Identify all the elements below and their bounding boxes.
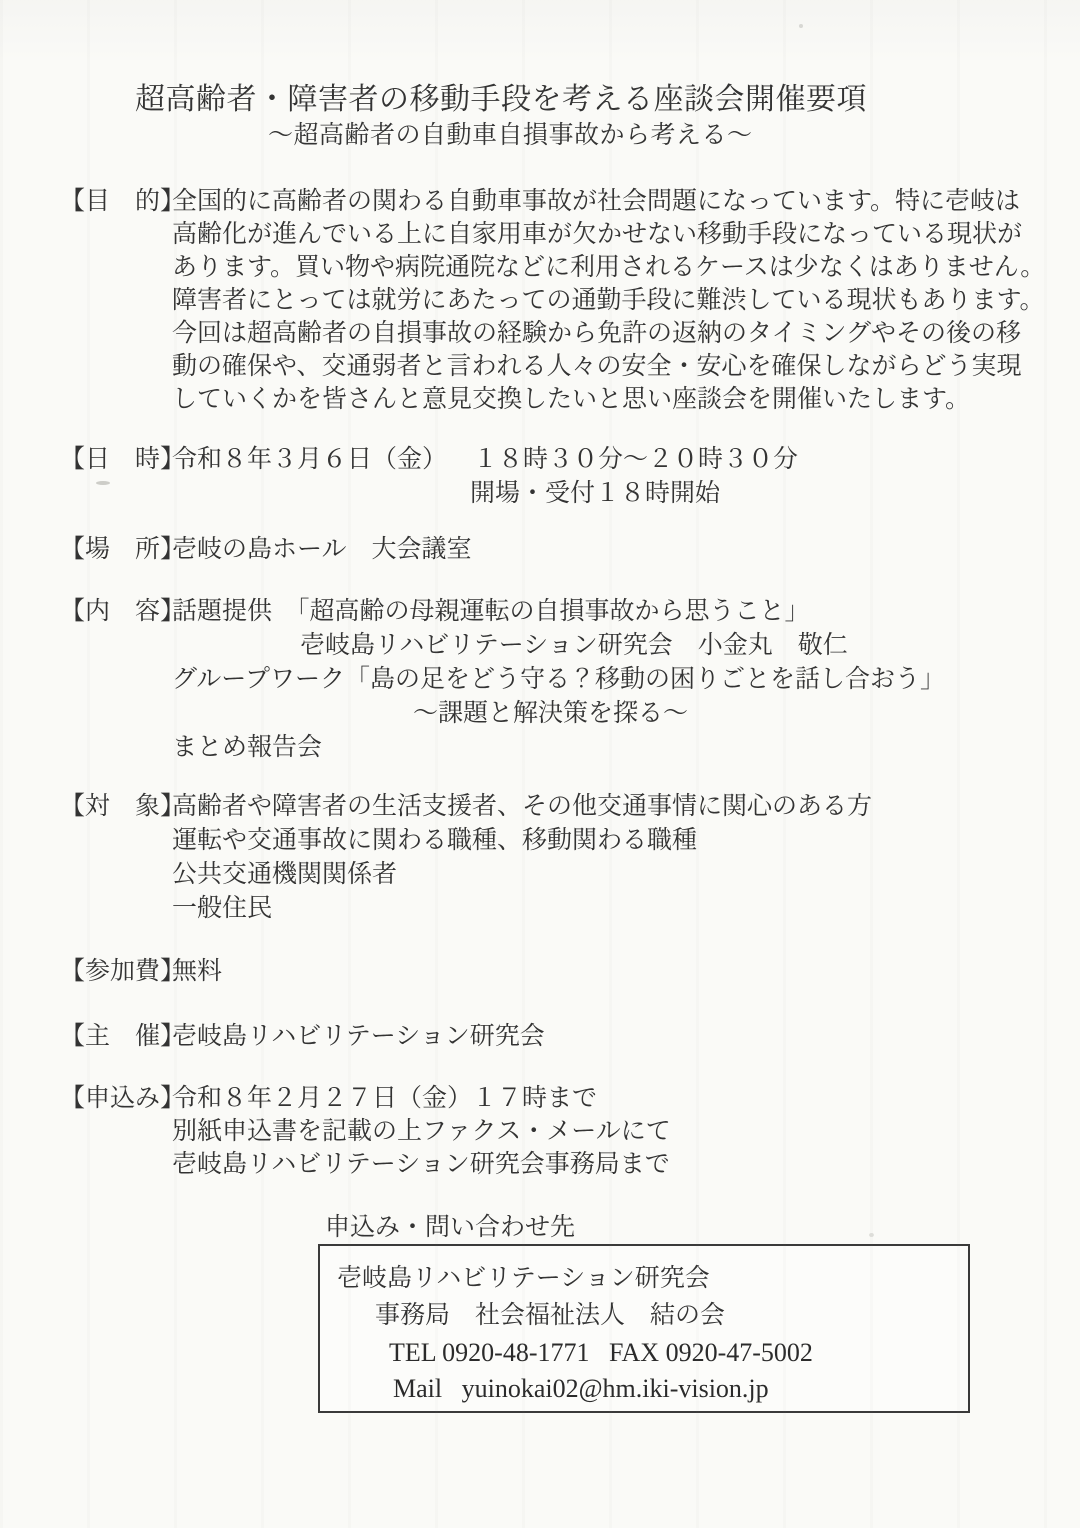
event-place: 壱岐の島ホール 大会議室 xyxy=(172,533,472,566)
section-audience-label: 【対 象】 xyxy=(60,790,185,823)
fee-value: 無料 xyxy=(172,955,222,988)
application-line: 別紙申込書を記載の上ファクス・メールにて xyxy=(172,1115,671,1148)
contact-org: 壱岐島リハビリテーション研究会 xyxy=(337,1262,710,1295)
scanned-document-page: 超高齢者・障害者の移動手段を考える座談会開催要項 ～超高齢者の自動車自損事故から… xyxy=(0,0,1080,1528)
content-speaker: 壱岐島リハビリテーション研究会 小金丸 敬仁 xyxy=(300,629,848,662)
section-datetime-label: 【日 時】 xyxy=(60,443,185,476)
section-organizer-label: 【主 催】 xyxy=(60,1020,185,1053)
application-line: 令和８年２月２７日（金）１７時まで xyxy=(172,1082,597,1115)
section-fee-label: 【参加費】 xyxy=(60,955,185,988)
section-application-label: 【申込み】 xyxy=(60,1082,185,1115)
contact-heading: 申込み・問い合わせ先 xyxy=(325,1211,575,1244)
contact-box: 壱岐島リハビリテーション研究会 事務局 社会福祉法人 結の会 TEL 0920-… xyxy=(318,1244,970,1413)
content-topic: 話題提供 「超高齢の母親運転の自損事故から思うこと」 xyxy=(172,595,810,628)
scan-speck xyxy=(799,24,803,28)
application-line: 壱岐島リハビリテーション研究会事務局まで xyxy=(172,1148,670,1181)
purpose-line: 高齢化が進んでいる上に自家用車が欠かせない移動手段になっている現状が xyxy=(172,218,1022,251)
contact-mail: Mail yuinokai02@hm.iki-vision.jp xyxy=(393,1372,769,1406)
contact-office: 事務局 社会福祉法人 結の会 xyxy=(375,1299,725,1332)
page-title: 超高齢者・障害者の移動手段を考える座談会開催要項 xyxy=(135,80,867,119)
scan-speck xyxy=(869,1233,874,1237)
audience-line: 一般住民 xyxy=(172,892,272,925)
section-content-label: 【内 容】 xyxy=(60,595,185,628)
content-groupwork: グループワーク「島の足をどう守る？移動の困りごとを話し合おう」 xyxy=(172,663,945,696)
section-purpose-label: 【目 的】 xyxy=(60,185,185,218)
purpose-line: あります。買い物や病院通院などに利用されるケースは少なくはありません。 xyxy=(172,251,1045,284)
purpose-line: 今回は超高齢者の自損事故の経験から免許の返納のタイミングやその後の移 xyxy=(172,317,1021,350)
purpose-line: 障害者にとっては就労にあたっての通勤手段に難渋している現状もあります。 xyxy=(172,284,1045,317)
purpose-line: 動の確保や、交通弱者と言われる人々の安全・安心を確保しながらどう実現 xyxy=(172,350,1022,383)
audience-line: 公共交通機関関係者 xyxy=(172,858,397,891)
page-subtitle: ～超高齢者の自動車自損事故から考える～ xyxy=(268,119,753,152)
audience-line: 運転や交通事故に関わる職種、移動関わる職種 xyxy=(172,824,697,857)
section-place-label: 【場 所】 xyxy=(60,533,185,566)
content-groupwork-sub: ～課題と解決策を探る～ xyxy=(413,697,688,730)
purpose-line: 全国的に高齢者の関わる自動車事故が社会問題になっています。特に壱岐は xyxy=(172,185,1020,218)
event-open-note: 開場・受付１８時開始 xyxy=(470,477,720,510)
audience-line: 高齢者や障害者の生活支援者、その他交通事情に関心のある方 xyxy=(172,790,872,823)
organizer-name: 壱岐島リハビリテーション研究会 xyxy=(172,1020,545,1053)
scan-speck xyxy=(96,481,110,485)
contact-tel-fax: TEL 0920-48-1771 FAX 0920-47-5002 xyxy=(389,1336,813,1370)
content-summary: まとめ報告会 xyxy=(172,731,322,764)
event-time: １８時３０分～２０時３０分 xyxy=(473,443,798,476)
event-date: 令和８年３月６日（金） xyxy=(172,443,447,476)
purpose-line: していくかを皆さんと意見交換したいと思い座談会を開催いたします。 xyxy=(172,383,970,416)
